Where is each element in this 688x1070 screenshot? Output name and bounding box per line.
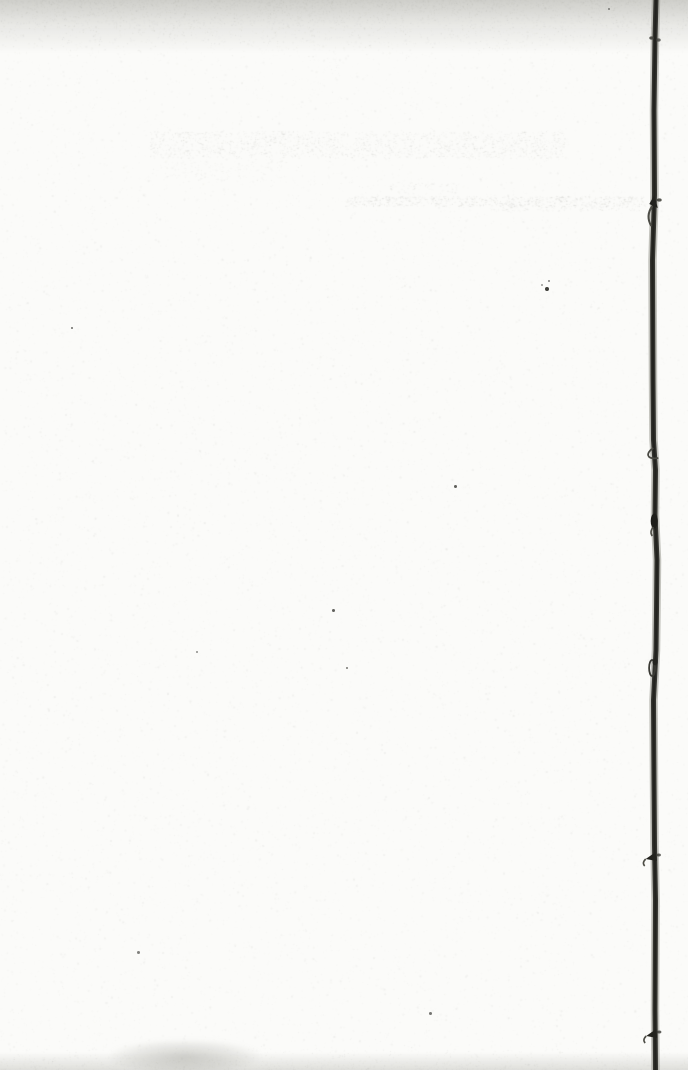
thread-knot [653,659,658,666]
thread-knot-tail [643,859,645,866]
binding-thread [0,0,688,1070]
thread-knot [649,36,653,39]
thread-knot [657,854,661,857]
thread-knot [657,198,662,201]
scanned-book-page [0,0,688,1070]
thread-knot [657,1031,661,1034]
thread-knot [656,38,660,41]
thread-knot-tail [644,1036,646,1043]
thread-knot [651,514,658,529]
